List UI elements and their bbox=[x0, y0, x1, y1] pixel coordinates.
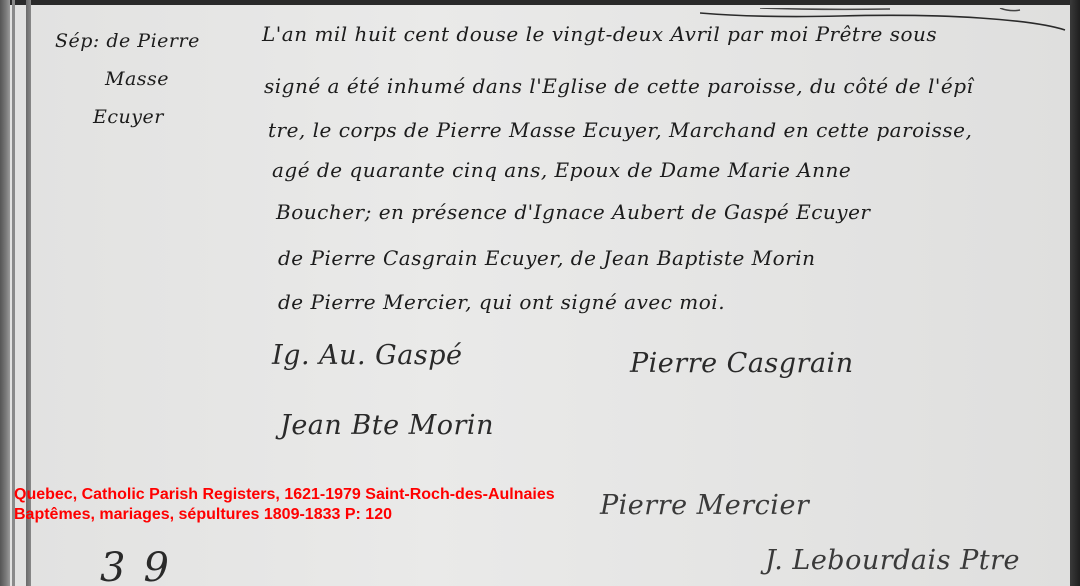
record-line: Boucher; en présence d'Ignace Aubert de … bbox=[276, 200, 871, 224]
signature-casgrain: Pierre Casgrain bbox=[630, 348, 854, 379]
top-page-edge bbox=[0, 0, 1080, 5]
record-line: de Pierre Mercier, qui ont signé avec mo… bbox=[278, 290, 725, 314]
margin-note-line: Ecuyer bbox=[55, 98, 200, 136]
binding-shadow bbox=[0, 0, 10, 586]
signature-mercier: Pierre Mercier bbox=[600, 490, 809, 521]
signature-morin: Jean Bte Morin bbox=[280, 410, 494, 441]
margin-note: Sép: de Pierre Masse Ecuyer bbox=[55, 22, 200, 136]
signature-gaspe: Ig. Au. Gaspé bbox=[272, 340, 462, 371]
margin-note-line: Masse bbox=[55, 60, 200, 98]
caption-line-collection: Quebec, Catholic Parish Registers, 1621-… bbox=[14, 485, 555, 505]
register-page: Sép: de Pierre Masse Ecuyer L'an mil hui… bbox=[0, 0, 1080, 586]
right-page-edge bbox=[1070, 0, 1080, 586]
signature-lebourdais: J. Lebourdais Ptre bbox=[765, 545, 1020, 576]
record-line: L'an mil huit cent douse le vingt-deux A… bbox=[262, 22, 937, 46]
record-line: tre, le corps de Pierre Masse Ecuyer, Ma… bbox=[268, 118, 972, 142]
source-caption: Quebec, Catholic Parish Registers, 1621-… bbox=[14, 485, 555, 525]
record-line: agé de quarante cinq ans, Epoux de Dame … bbox=[272, 158, 851, 182]
record-line: signé a été inhumé dans l'Eglise de cett… bbox=[264, 74, 973, 98]
caption-line-register: Baptêmes, mariages, sépultures 1809-1833… bbox=[14, 505, 555, 525]
folio-number: 39 bbox=[100, 545, 187, 586]
margin-note-line: Sép: de Pierre bbox=[55, 22, 200, 60]
record-line: de Pierre Casgrain Ecuyer, de Jean Bapti… bbox=[278, 246, 816, 270]
